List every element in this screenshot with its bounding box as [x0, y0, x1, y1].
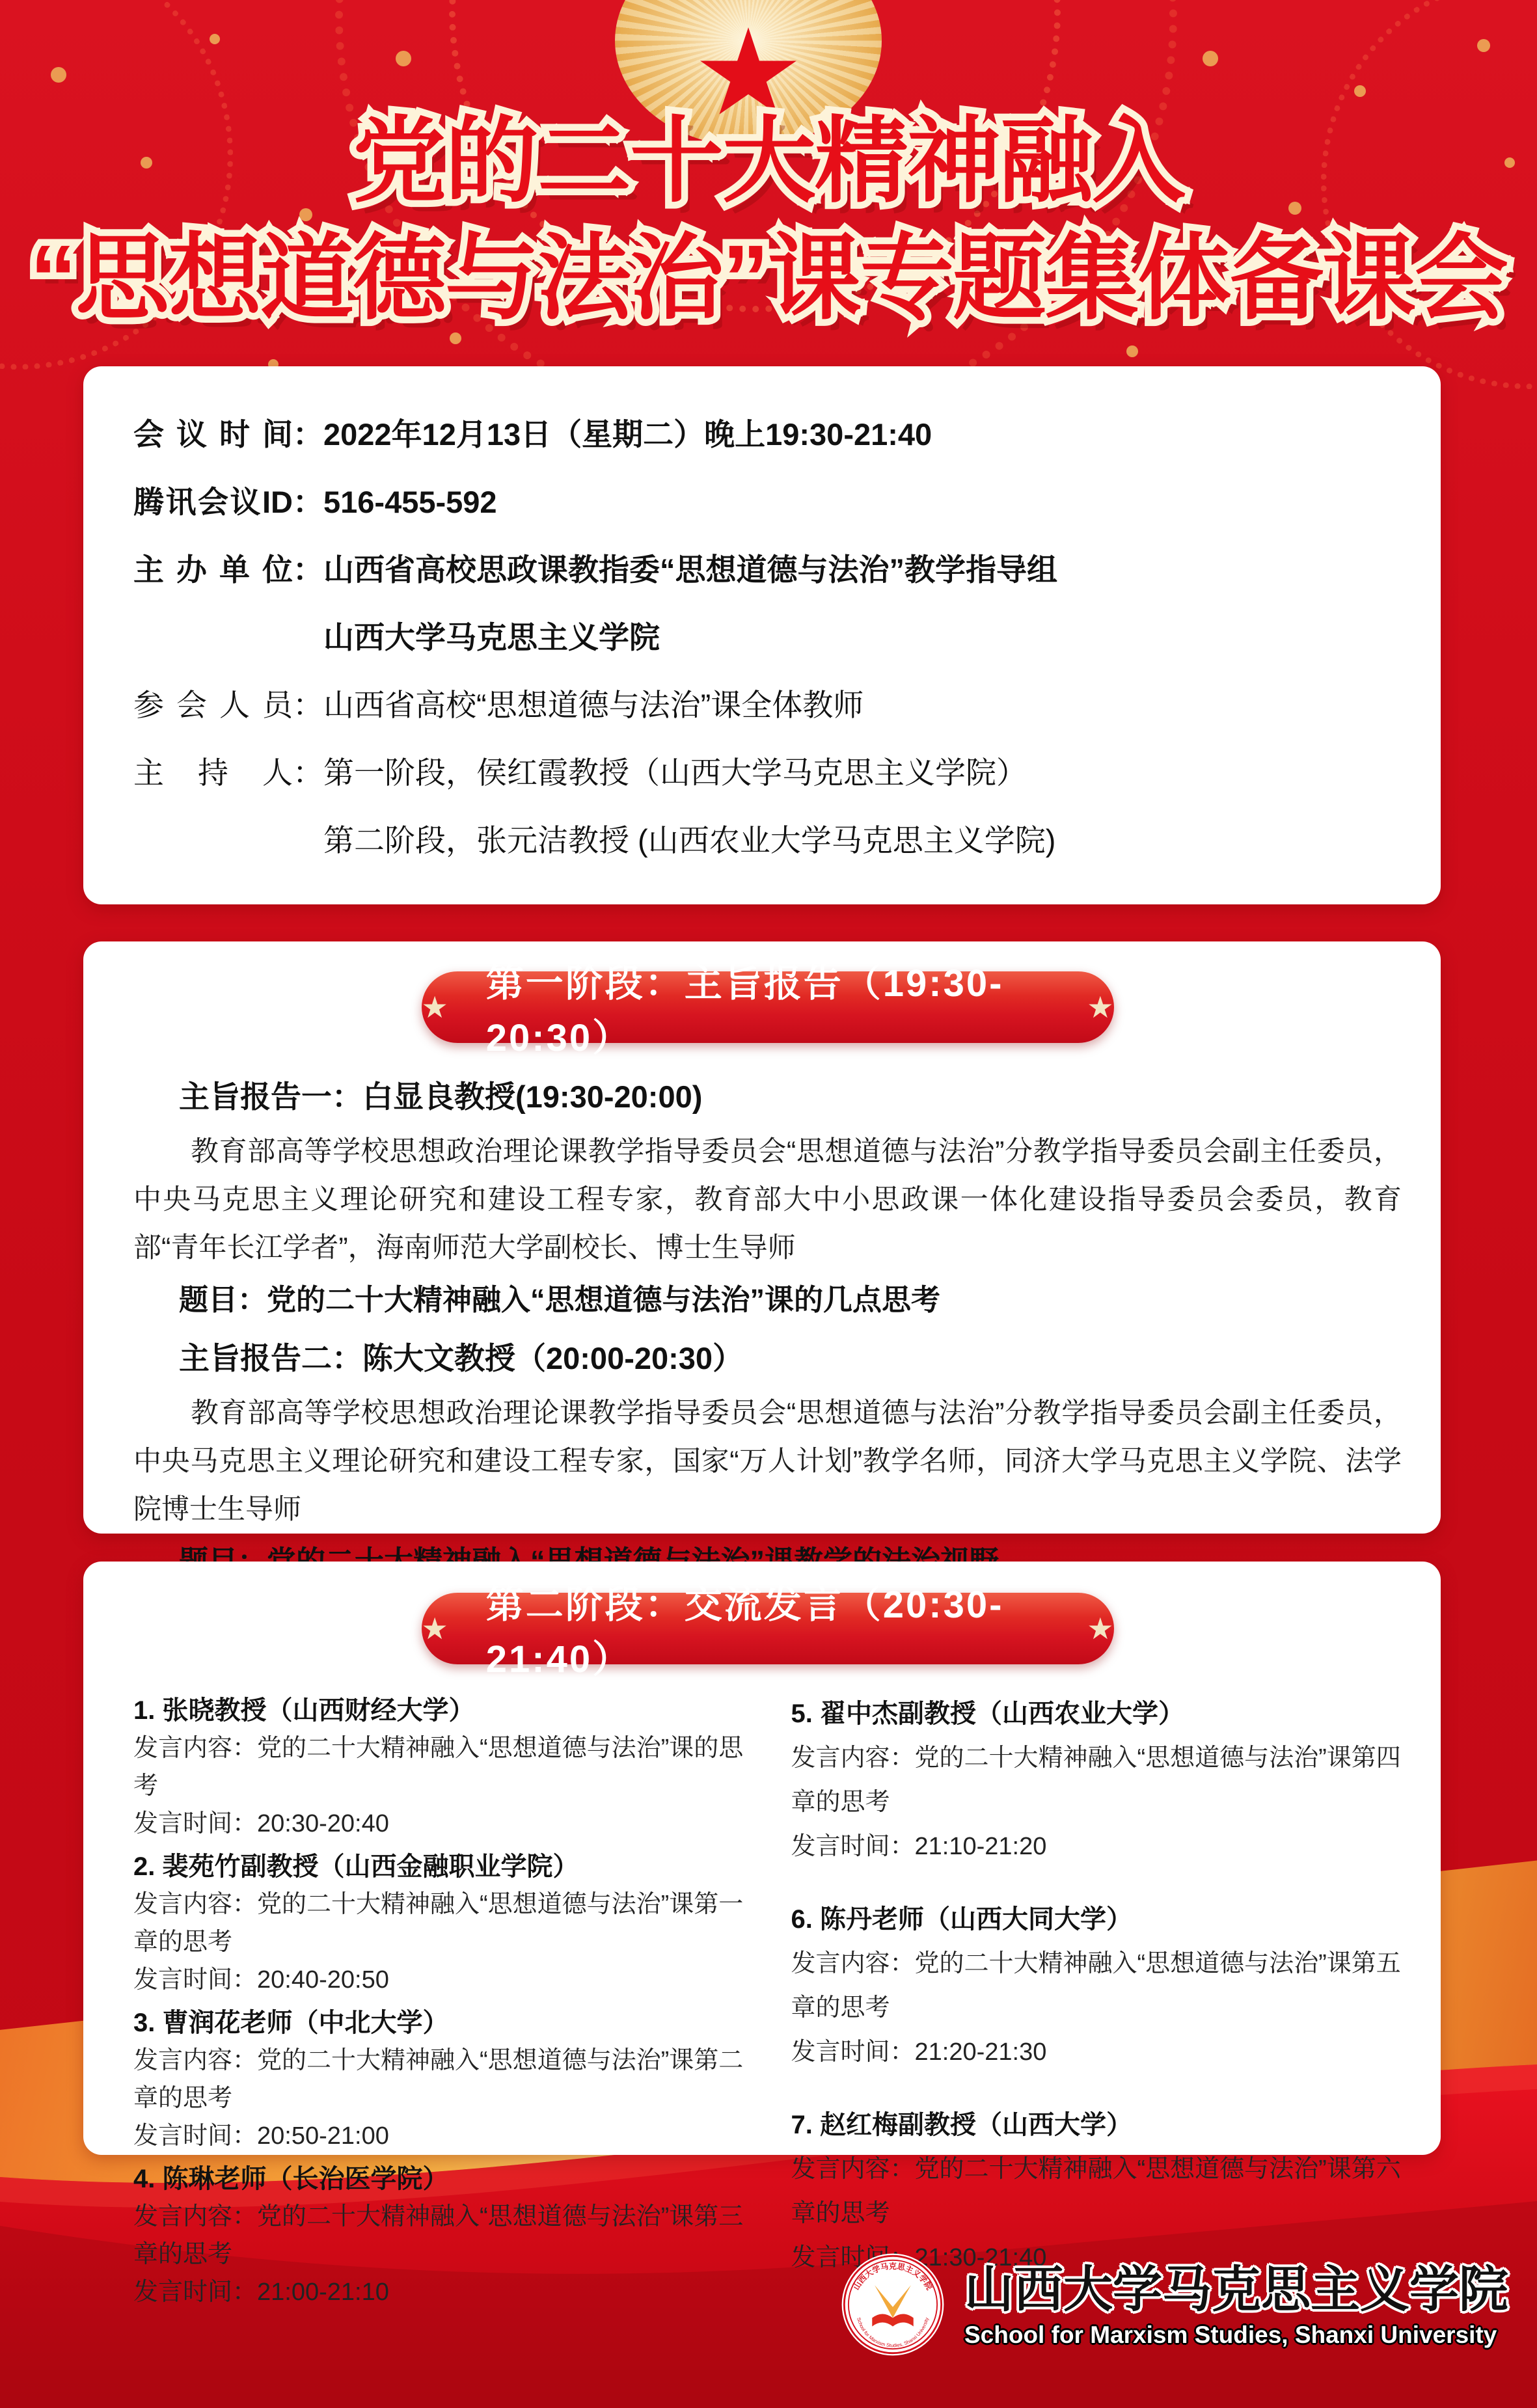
speaker-2-name: 2. 裴苑竹副教授（山西金融职业学院）	[133, 1848, 744, 1886]
star-icon: ★	[422, 1614, 448, 1644]
poster-title: 党的二十大精神融入 党的二十大精神融入 “思想道德与法治”课专题集体备课会 “思…	[0, 103, 1537, 337]
speaker-2-content: 发言内容：党的二十大精神融入“思想道德与法治”课第一章的思考	[133, 1886, 744, 1961]
speaker-1-name: 1. 张晓教授（山西财经大学）	[133, 1692, 744, 1729]
host-value-2: 第二阶段，张元洁教授 (山西农业大学马克思主义学院)	[293, 823, 1055, 858]
meeting-info-card: 会议时间：2022年12月13日（星期二）晚上19:30-21:40 腾讯会议I…	[83, 366, 1441, 904]
report-1: 主旨报告一：白显良教授(19:30-20:00) 教育部高等学校思想政治理论课教…	[133, 1079, 1402, 1318]
meeting-time-value: ：2022年12月13日（星期二）晚上19:30-21:40	[293, 417, 932, 452]
footer-logo: 山西大学马克思主义学院 School for Marxism Studies, …	[838, 2250, 1508, 2359]
speaker-7-content: 发言内容：党的二十大精神融入“思想道德与法治”课第六章的思考	[791, 2147, 1402, 2236]
meeting-time-row: 会议时间：2022年12月13日（星期二）晚上19:30-21:40	[133, 417, 1392, 452]
meeting-id-value: ：516-455-592	[293, 485, 497, 519]
speaker-6-time: 发言时间：21:20-21:30	[791, 2030, 1402, 2074]
title-line-2-text: “思想道德与法治”课专题集体备课会	[30, 226, 1507, 331]
speaker-3-name: 3. 曹润花老师（中北大学）	[133, 2004, 744, 2042]
report-2: 主旨报告二：陈大文教授（20:00-20:30） 教育部高等学校思想政治理论课教…	[133, 1341, 1402, 1579]
title-line-1: 党的二十大精神融入 党的二十大精神融入	[0, 103, 1537, 220]
meeting-time-label: 会议时间	[133, 417, 293, 452]
participants-row: 参会人员：山西省高校“思想道德与法治”课全体教师	[133, 688, 1392, 723]
speaker-4: 4. 陈琳老师（长治医学院） 发言内容：党的二十大精神融入“思想道德与法治”课第…	[133, 2160, 744, 2311]
title-line-2: “思想道德与法治”课专题集体备课会 “思想道德与法治”课专题集体备课会	[0, 220, 1537, 337]
speaker-6-name: 6. 陈丹老师（山西大同大学）	[791, 1897, 1402, 1941]
stage2-badge: ★ 第二阶段：交流发言（20:30-21:40） ★	[422, 1593, 1114, 1664]
report-1-topic: 题目：党的二十大精神融入“思想道德与法治”课的几点思考	[133, 1282, 1402, 1318]
participants-value: ：山西省高校“思想道德与法治”课全体教师	[293, 688, 864, 722]
speaker-6-content: 发言内容：党的二十大精神融入“思想道德与法治”课第五章的思考	[791, 1941, 1402, 2030]
speaker-5: 5. 翟中杰副教授（山西农业大学） 发言内容：党的二十大精神融入“思想道德与法治…	[791, 1692, 1402, 1869]
speaker-5-name: 5. 翟中杰副教授（山西农业大学）	[791, 1692, 1402, 1736]
title-line-1-text: 党的二十大精神融入	[353, 109, 1184, 213]
participants-label: 参会人员	[133, 688, 293, 723]
organizer-value: ：山西省高校思政课教指委“思想道德与法治”教学指导组	[293, 552, 1057, 587]
speaker-column-left: 1. 张晓教授（山西财经大学） 发言内容：党的二十大精神融入“思想道德与法治”课…	[133, 1692, 744, 2316]
organizer-row: 主办单位：山西省高校思政课教指委“思想道德与法治”教学指导组	[133, 552, 1392, 588]
stage1-badge: ★ 第一阶段：主旨报告（19:30-20:30） ★	[422, 971, 1114, 1043]
star-icon: ★	[422, 992, 448, 1022]
stage1-card: ★ 第一阶段：主旨报告（19:30-20:30） ★ 主旨报告一：白显良教授(1…	[83, 941, 1441, 1534]
star-icon: ★	[1087, 992, 1113, 1022]
meeting-id-row: 腾讯会议ID：516-455-592	[133, 485, 1392, 520]
speaker-4-content: 发言内容：党的二十大精神融入“思想道德与法治”课第三章的思考	[133, 2198, 744, 2273]
poster-root: 党的二十大精神融入 党的二十大精神融入 “思想道德与法治”课专题集体备课会 “思…	[0, 0, 1537, 2408]
speaker-3: 3. 曹润花老师（中北大学） 发言内容：党的二十大精神融入“思想道德与法治”课第…	[133, 2004, 744, 2155]
host-label: 主持人	[133, 755, 293, 791]
host-value: ：第一阶段，侯红霞教授（山西大学马克思主义学院）	[293, 755, 1027, 790]
speaker-1: 1. 张晓教授（山西财经大学） 发言内容：党的二十大精神融入“思想道德与法治”课…	[133, 1692, 744, 1843]
footer-text: 山西大学马克思主义学院 School for Marxism Studies, …	[964, 2260, 1508, 2349]
stage2-card: ★ 第二阶段：交流发言（20:30-21:40） ★ 1. 张晓教授（山西财经大…	[83, 1562, 1441, 2155]
speaker-6: 6. 陈丹老师（山西大同大学） 发言内容：党的二十大精神融入“思想道德与法治”课…	[791, 1897, 1402, 2074]
speaker-4-time: 发言时间：21:00-21:10	[133, 2273, 744, 2311]
report-2-bio: 教育部高等学校思想政治理论课教学指导委员会“思想道德与法治”分教学指导委员会副主…	[133, 1389, 1402, 1534]
speaker-1-time: 发言时间：20:30-20:40	[133, 1805, 744, 1843]
footer-school-name-cn: 山西大学马克思主义学院	[964, 2260, 1508, 2320]
speaker-7-name: 7. 赵红梅副教授（山西大学）	[791, 2103, 1402, 2147]
speaker-2-time: 发言时间：20:40-20:50	[133, 1961, 744, 1999]
speaker-1-content: 发言内容：党的二十大精神融入“思想道德与法治”课的思考	[133, 1729, 744, 1805]
star-icon: ★	[1087, 1614, 1113, 1644]
stage1-badge-label: 第一阶段：主旨报告（19:30-20:30）	[486, 953, 1050, 1062]
footer-school-name-en: School for Marxism Studies, Shanxi Unive…	[964, 2321, 1508, 2349]
report-1-bio: 教育部高等学校思想政治理论课教学指导委员会“思想道德与法治”分教学指导委员会副主…	[133, 1128, 1402, 1272]
organizer-row-2: 山西大学马克思主义学院	[133, 620, 1392, 655]
speaker-5-content: 发言内容：党的二十大精神融入“思想道德与法治”课第四章的思考	[791, 1736, 1402, 1824]
meeting-id-label: 腾讯会议ID	[133, 485, 293, 520]
stage2-badge-label: 第二阶段：交流发言（20:30-21:40）	[486, 1574, 1050, 1683]
organizer-label: 主办单位	[133, 552, 293, 588]
speaker-4-name: 4. 陈琳老师（长治医学院）	[133, 2160, 744, 2198]
speaker-3-content: 发言内容：党的二十大精神融入“思想道德与法治”课第二章的思考	[133, 2042, 744, 2117]
organizer-value-2: 山西大学马克思主义学院	[293, 620, 660, 655]
host-row: 主持人：第一阶段，侯红霞教授（山西大学马克思主义学院）	[133, 755, 1392, 791]
host-row-2: 第二阶段，张元洁教授 (山西农业大学马克思主义学院)	[133, 823, 1392, 858]
speaker-2: 2. 裴苑竹副教授（山西金融职业学院） 发言内容：党的二十大精神融入“思想道德与…	[133, 1848, 744, 1999]
speaker-3-time: 发言时间：20:50-21:00	[133, 2117, 744, 2155]
school-seal-icon: 山西大学马克思主义学院 School for Marxism Studies, …	[838, 2250, 947, 2359]
speaker-5-time: 发言时间：21:10-21:20	[791, 1824, 1402, 1869]
report-1-heading: 主旨报告一：白显良教授(19:30-20:00)	[133, 1079, 1402, 1115]
speaker-list: 1. 张晓教授（山西财经大学） 发言内容：党的二十大精神融入“思想道德与法治”课…	[133, 1692, 1402, 2316]
speaker-column-right: 5. 翟中杰副教授（山西农业大学） 发言内容：党的二十大精神融入“思想道德与法治…	[791, 1692, 1402, 2316]
report-2-heading: 主旨报告二：陈大文教授（20:00-20:30）	[133, 1341, 1402, 1376]
